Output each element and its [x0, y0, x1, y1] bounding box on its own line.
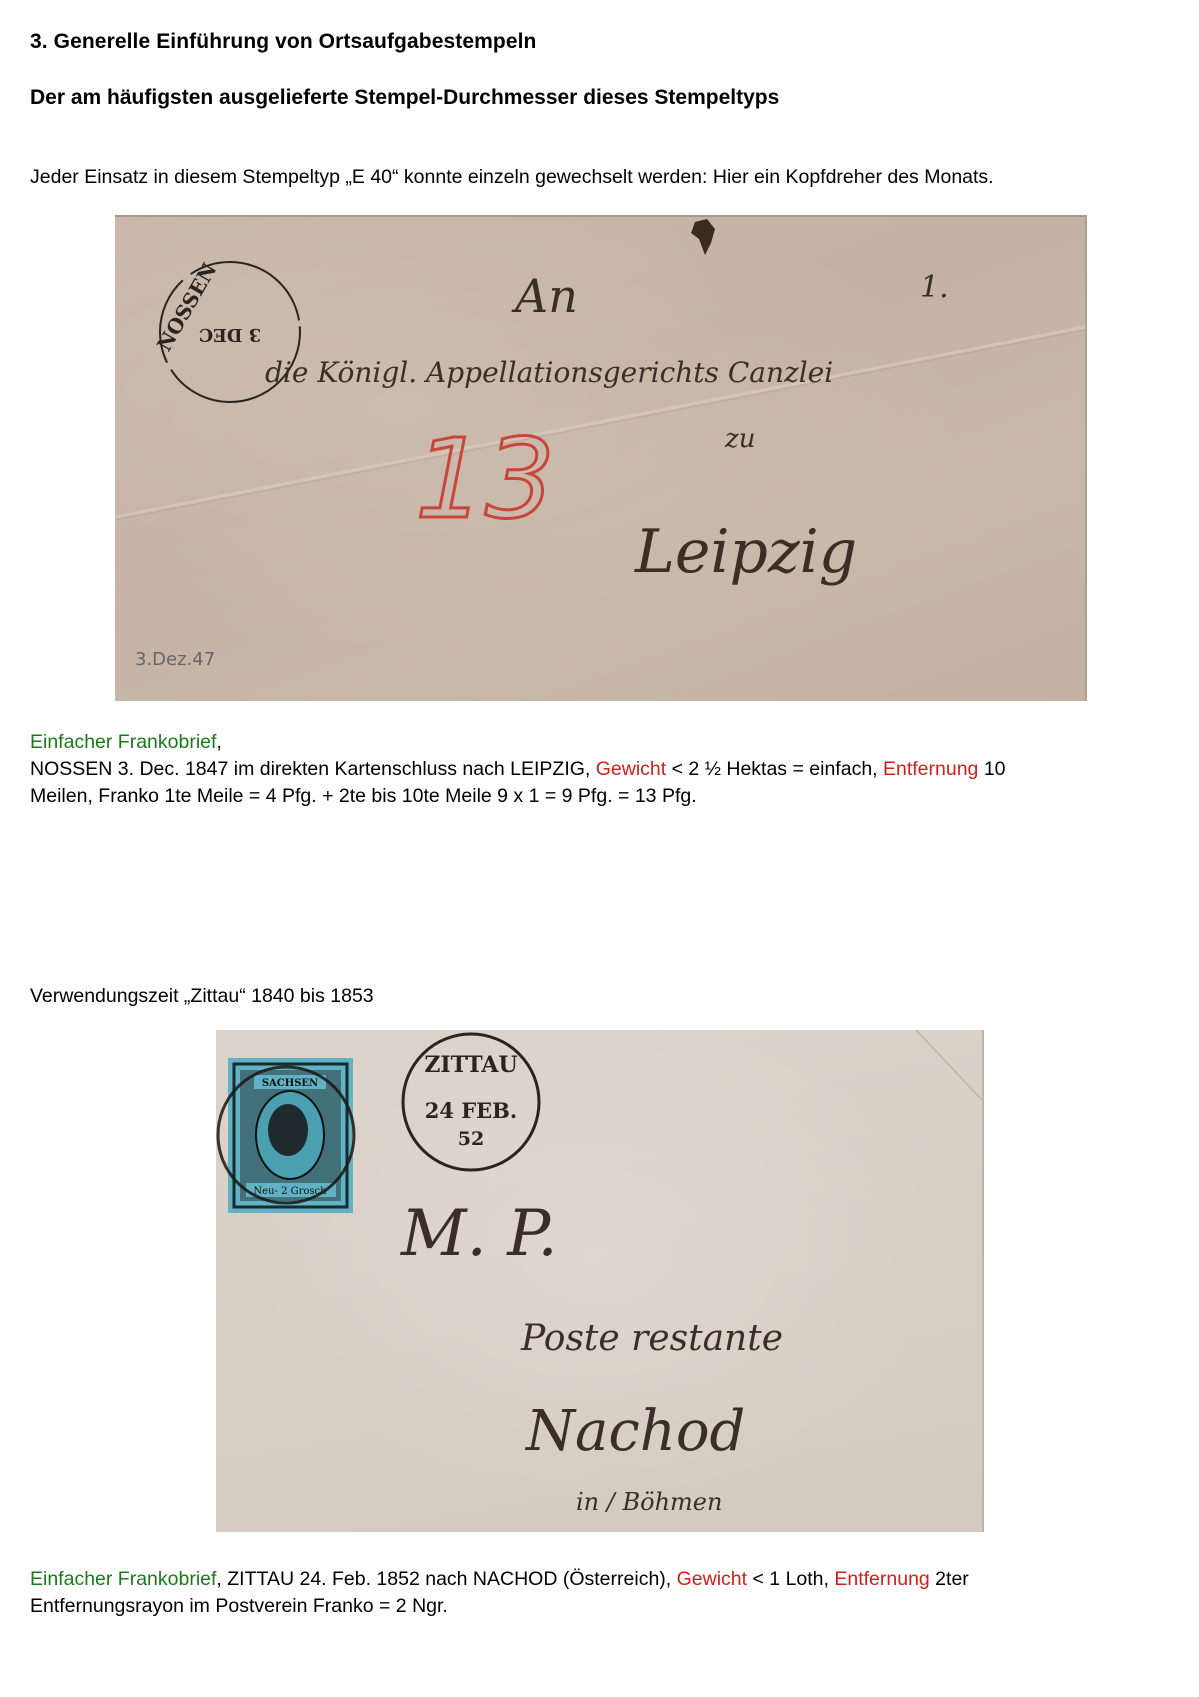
svg-text:Leipzig: Leipzig [634, 517, 857, 587]
zittau-cover-image: SACHSEN Neu- 2 Grosch ZITTAU 24 FEB. 52 … [216, 1030, 984, 1532]
address-handwriting: An die Königl. Appellationsgerichts Canz… [265, 269, 949, 587]
zittau-cover-artwork: SACHSEN Neu- 2 Grosch ZITTAU 24 FEB. 52 … [216, 1030, 982, 1532]
svg-text:in / Böhmen: in / Böhmen [576, 1488, 722, 1516]
section2-intro: Verwendungszeit „Zittau“ 1840 bis 1853 [30, 983, 374, 1010]
type-label: Einfacher Frankobrief [30, 731, 216, 753]
svg-text:SACHSEN: SACHSEN [262, 1078, 318, 1089]
pencil-date-note: 3.Dez.47 [135, 649, 215, 670]
svg-text:Nachod: Nachod [524, 1399, 745, 1464]
type-label: Einfacher Frankobrief [30, 1568, 216, 1590]
svg-text:M. P.: M. P. [400, 1197, 558, 1271]
weight-label: Gewicht [677, 1568, 747, 1590]
ink-blot [691, 219, 715, 255]
distance-label: Entfernung [834, 1568, 929, 1590]
svg-text:An: An [511, 269, 578, 323]
svg-text:52: 52 [458, 1128, 484, 1150]
saxony-postage-stamp: SACHSEN Neu- 2 Grosch [218, 1058, 354, 1213]
svg-text:die Königl. Appellationsgerich: die Königl. Appellationsgerichts Canzlei [265, 356, 833, 389]
svg-text:zu: zu [724, 424, 755, 454]
svg-text:24 FEB.: 24 FEB. [425, 1098, 518, 1123]
weight-label: Gewicht [596, 758, 666, 780]
address-handwriting: M. P. Poste restante Nachod in / Böhmen [400, 1197, 783, 1516]
distance-label: Entfernung [883, 758, 978, 780]
svg-text:1.: 1. [920, 270, 949, 305]
nossen-cover-image: NOSSEN 3 DEC An die Königl. Appellations… [115, 215, 1087, 701]
section1-intro: Jeder Einsatz in diesem Stempeltyp „E 40… [30, 164, 994, 191]
nossen-caption: Einfacher Frankobrief, NOSSEN 3. Dec. 18… [30, 729, 1006, 810]
zittau-caption: Einfacher Frankobrief, ZITTAU 24. Feb. 1… [30, 1566, 969, 1620]
nossen-cover-artwork: NOSSEN 3 DEC An die Königl. Appellations… [115, 217, 1085, 701]
page-heading: 3. Generelle Einführung von Ortsaufgabes… [30, 30, 536, 54]
rate-marking-13: 13 [415, 415, 555, 543]
zittau-date-stamp: ZITTAU 24 FEB. 52 [403, 1034, 539, 1170]
svg-text:ZITTAU: ZITTAU [424, 1052, 517, 1078]
page-subheading: Der am häufigsten ausgelieferte Stempel-… [30, 86, 779, 110]
svg-text:Poste restante: Poste restante [520, 1318, 783, 1359]
svg-text:3 DEC: 3 DEC [199, 324, 261, 345]
